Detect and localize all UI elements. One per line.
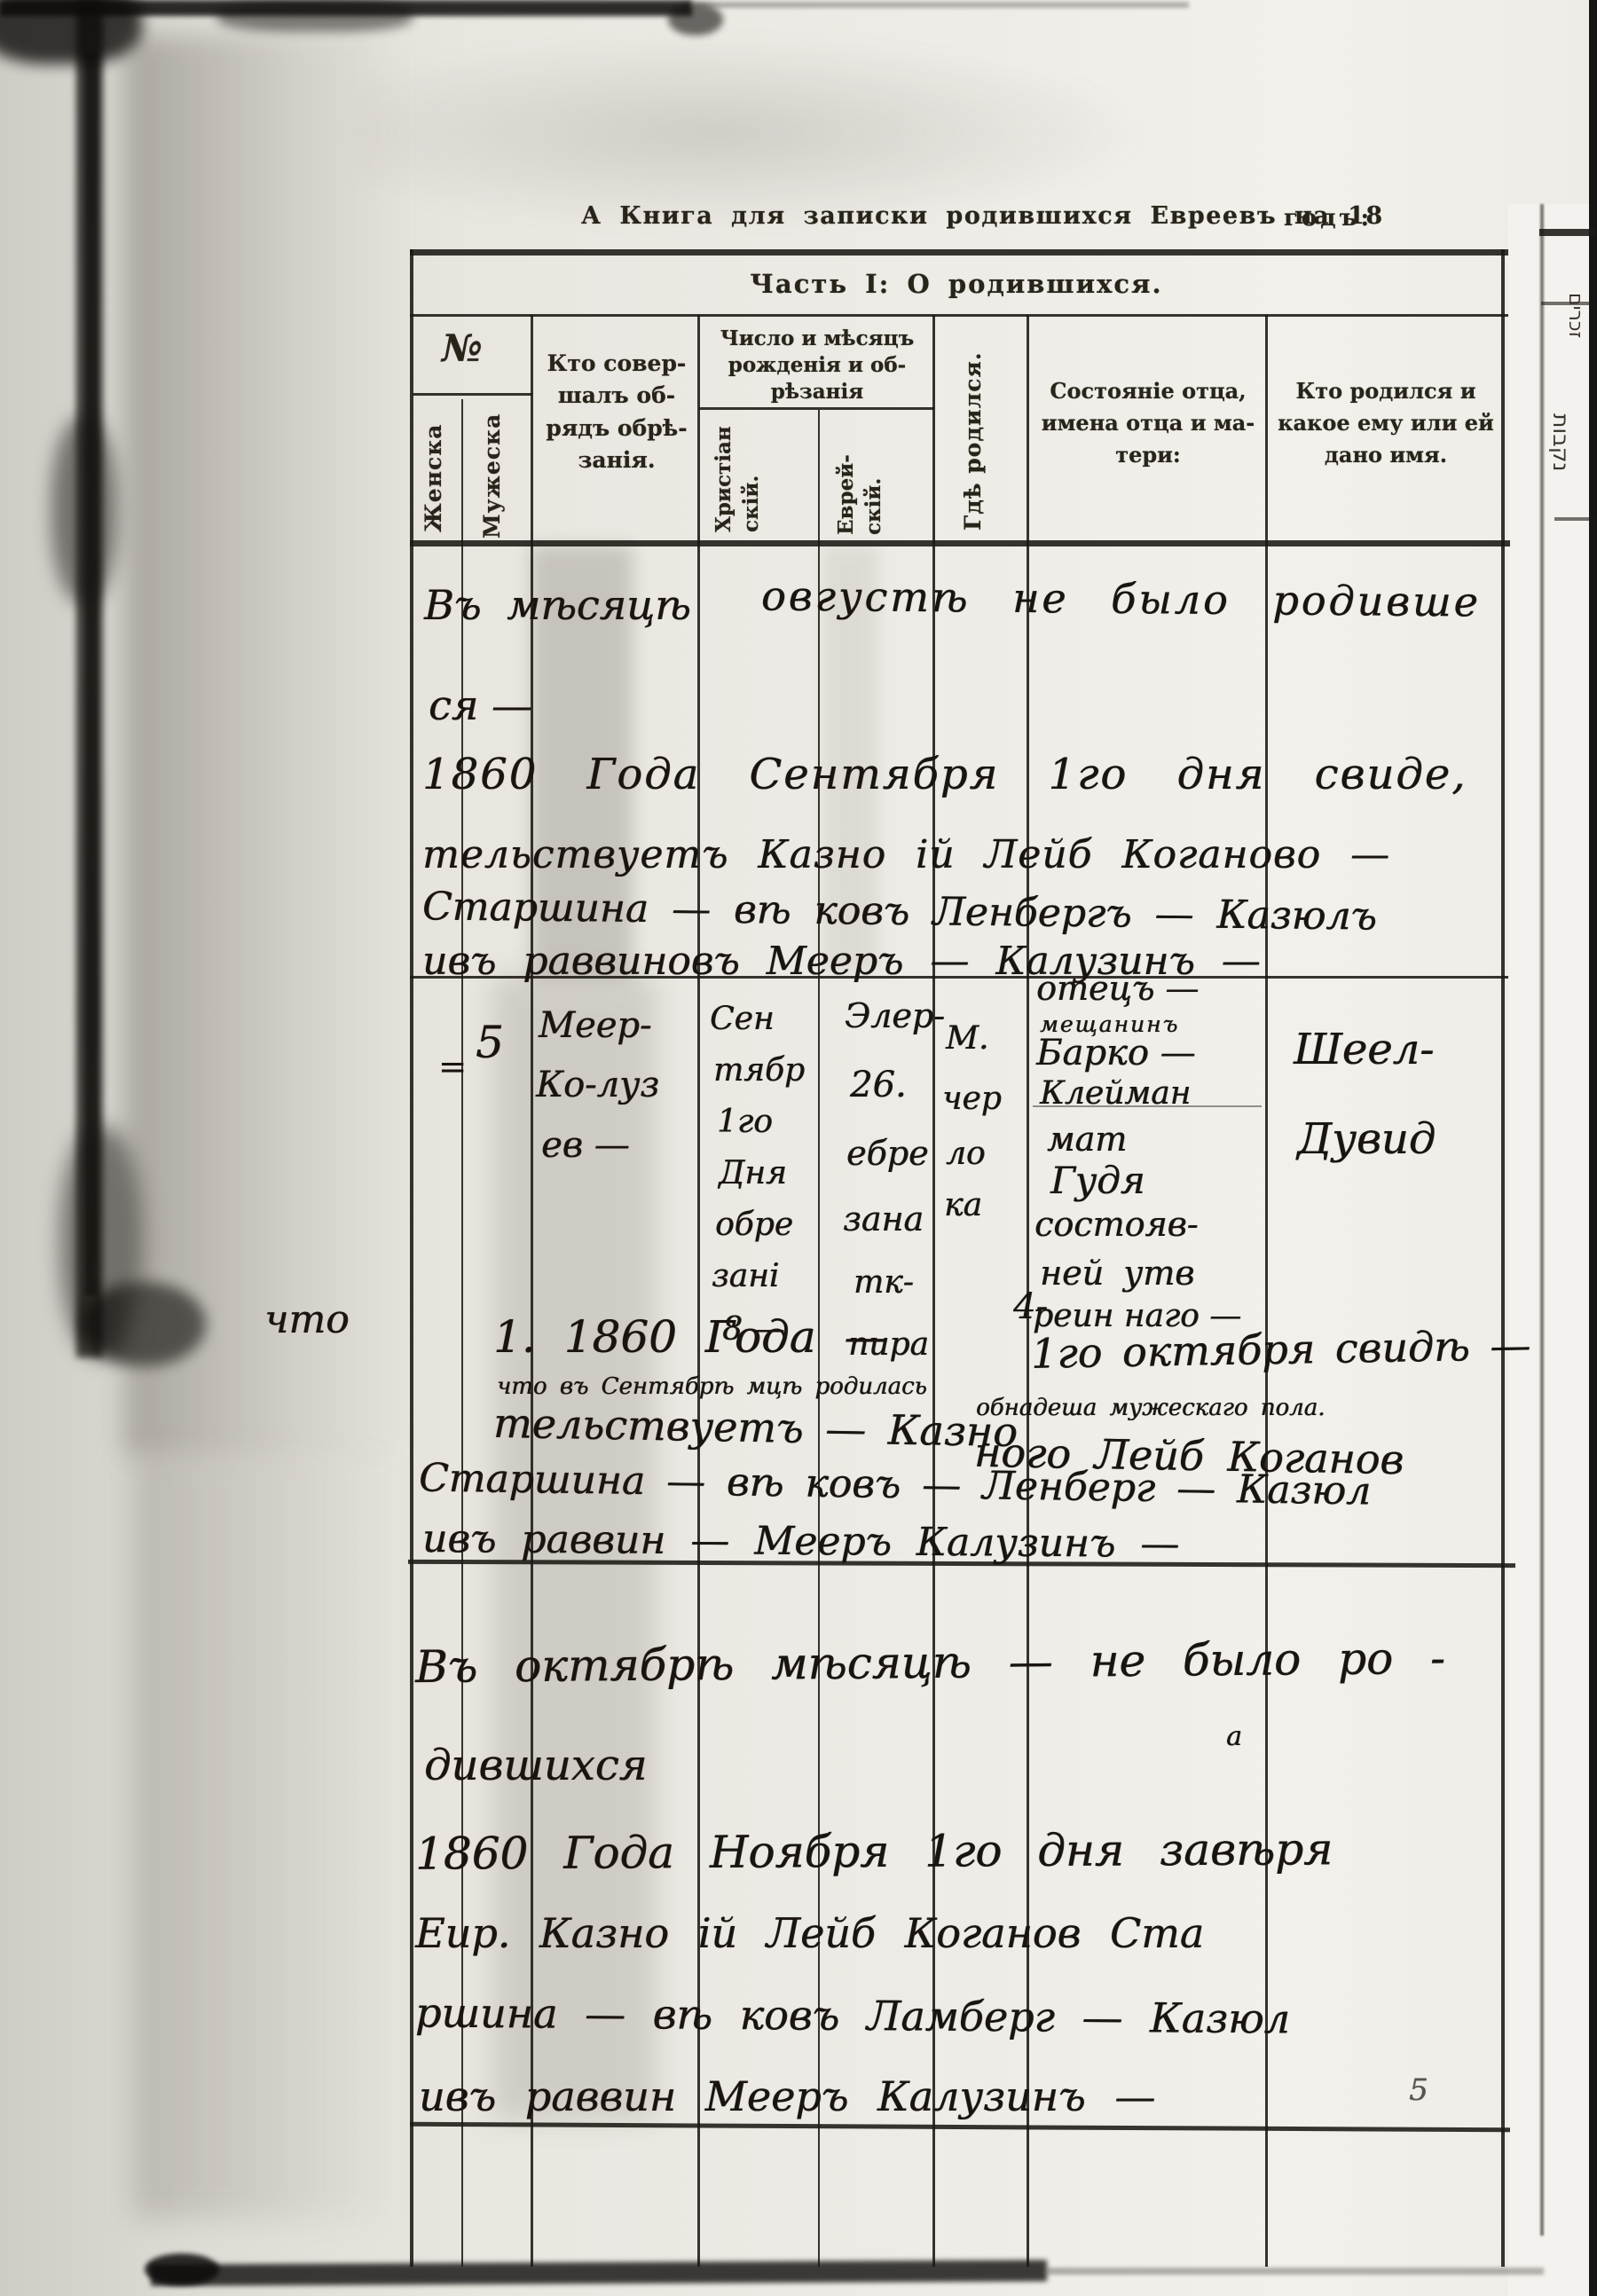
entry-father-6: Гудя xyxy=(1050,1159,1145,1202)
col-line-female-male xyxy=(461,399,463,2267)
scan-artifact-fold-line xyxy=(1540,204,1544,2236)
right-margin-rule1 xyxy=(1539,229,1597,236)
entry-christian-date-2: тябр xyxy=(713,1052,805,1089)
entry-father-8: ней утв xyxy=(1040,1254,1194,1293)
attest2-line1b: 4- xyxy=(1013,1286,1048,1327)
header-date-group: Число и мѣсяцъ рожденія и об- рѣзанія xyxy=(703,326,932,405)
attest2-line1c: 1го октября свидѣ — xyxy=(1031,1321,1531,1378)
entry-christian-date-1: Сен xyxy=(710,1001,775,1037)
header-who-performed: Кто совер- шалъ об- рядъ обрѣ- занія. xyxy=(534,348,699,476)
attest2-line1a: 1. 1860 Года — xyxy=(493,1311,888,1363)
entry-where-born-3: ло xyxy=(946,1136,986,1172)
col-line-who-right xyxy=(697,315,700,2267)
entry-who-line3: ев — xyxy=(541,1125,630,1166)
scan-artifact-top-blob3 xyxy=(668,4,723,35)
row3-entry-number-right: 5 xyxy=(1409,2072,1428,2108)
entry-father-3: Барко — xyxy=(1036,1033,1196,1073)
handwriting-row1-line2: ся — xyxy=(429,681,532,729)
attest2-small-note2: обнадеша мужескаго пола. xyxy=(976,1395,1325,1421)
attest2-small-note1: что въ Сентябрѣ мцѣ родилась xyxy=(497,1373,927,1400)
scan-artifact-left-blob-low xyxy=(60,1127,142,1357)
entry-christian-date-6: зані xyxy=(712,1258,779,1294)
scan-artifact-left-gray-column-low xyxy=(133,1455,399,2218)
header-where-born: Гдѣ родился. xyxy=(960,351,986,531)
entry-name-1: Шеел- xyxy=(1294,1025,1434,1074)
table-part-underline xyxy=(410,314,1508,317)
page-title: А Книга для записки родившихся Евреевъ н… xyxy=(581,202,1384,230)
scan-artifact-left-band xyxy=(76,0,103,1357)
scan-artifact-top-thin xyxy=(692,2,1189,8)
entry-number: 5 xyxy=(476,1017,504,1068)
scan-artifact-bottom-streak-right xyxy=(1047,2268,1544,2275)
date-group-underline xyxy=(699,407,934,410)
handwriting-row1-line1a: Въ мѣсяцѣ xyxy=(424,581,691,629)
entry-father-7: состояв- xyxy=(1035,1205,1198,1244)
header-jewish: Еврей- скій. xyxy=(832,454,887,535)
table-bottom-rule xyxy=(410,2122,1510,2132)
scan-artifact-bottom-streak xyxy=(151,2260,1047,2285)
hebrew-margin-note-1: זכרים xyxy=(1564,293,1586,338)
scan-artifact-left-gray-column xyxy=(124,35,408,1455)
row3-line2: дившихся xyxy=(424,1741,647,1790)
entry-where-born-1: М. xyxy=(946,1020,988,1057)
row3-line6: ивъ раввин Мееръ Калузинъ — xyxy=(419,2072,1155,2120)
scan-artifact-left-band-end xyxy=(82,1282,206,1366)
entry-where-born-2: чер xyxy=(942,1081,1002,1117)
entry-female-mark: = xyxy=(438,1047,467,1086)
scan-artifact-left-band-core xyxy=(85,53,98,1295)
header-christian: Христіан скій. xyxy=(710,426,765,532)
entry-who-line1: Меер- xyxy=(539,1005,651,1046)
header-who-born: Кто родился и какое ему или ей дано имя. xyxy=(1271,375,1501,471)
handwriting-row1-line5: Старшина — вѣ ковъ Ленбергъ — Казюлъ xyxy=(422,884,1377,939)
table-top-border xyxy=(410,249,1508,256)
scan-artifact-top-corner-blob xyxy=(0,0,142,64)
entry-christian-date-3: 1го xyxy=(717,1104,773,1140)
scan-artifact-top-band xyxy=(0,0,692,16)
right-margin-rule3 xyxy=(1554,517,1597,521)
row3-line3: 1860 Года Ноября 1го дня завѣря xyxy=(415,1823,1333,1879)
scan-artifact-bottom-left-blob xyxy=(145,2253,219,2285)
handwriting-row1-line1b: овгустѣ не было родивше xyxy=(761,571,1481,625)
entry-father-5: мат xyxy=(1047,1120,1127,1159)
attest2-line2a: тельствуетъ — Казно xyxy=(493,1399,1019,1456)
row3-line1: Въ октябрѣ мѣсяцѣ — не было ро - xyxy=(415,1632,1445,1693)
table-header-bottom-border xyxy=(410,540,1510,546)
attest2-line4: ивъ раввин — Мееръ Калузинъ — xyxy=(422,1516,1180,1567)
entry-jewish-date-4: зана xyxy=(843,1199,924,1238)
entry-jewish-date-1: Элер- xyxy=(845,996,945,1035)
header-number-sign: № xyxy=(442,326,483,370)
table-left-border xyxy=(410,249,413,2267)
entry-christian-date-5: обре xyxy=(715,1207,793,1243)
entry-where-born-4: ка xyxy=(944,1187,982,1223)
entry-who-line2: Ко-луз xyxy=(536,1065,659,1105)
scan-artifact-header-mottle xyxy=(355,35,1153,231)
entry-name-2: Дувид xyxy=(1297,1114,1436,1164)
header-female: Женска xyxy=(421,424,446,532)
handwriting-row1-line4: тельствуетъ Казно ій Лейб Коганово — xyxy=(422,832,1390,877)
header-father-status: Состояніе отца, имена отца и ма- тери: xyxy=(1032,375,1264,471)
part-header: Часть I: О родившихся. xyxy=(410,269,1503,299)
margin-note-chto: что xyxy=(264,1297,350,1342)
page-title-year-word: годъ: xyxy=(1284,205,1373,232)
row3-stray-mark: а xyxy=(1226,1721,1242,1752)
table-right-border xyxy=(1501,249,1505,2267)
entry-jewish-date-3: ебре xyxy=(846,1134,929,1173)
scanned-register-page: А Книга для записки родившихся Евреевъ н… xyxy=(0,0,1597,2296)
handwriting-row1-line3: 1860 Года Сентября 1го дня свиде, xyxy=(422,750,1467,799)
entry-father-1: отецъ — xyxy=(1036,969,1199,1008)
row3-line4: Еир. Казно ій Лейб Коганов Ста xyxy=(415,1909,1204,1957)
entry-jewish-date-2: 26. xyxy=(850,1065,907,1105)
entry-christian-date-4: Дня xyxy=(719,1155,787,1191)
entry-jewish-date-5: тк- xyxy=(854,1264,914,1301)
header-male: Мужеска xyxy=(479,413,505,539)
scan-artifact-left-blob-mid xyxy=(51,417,117,603)
hebrew-margin-note-2: נקבות xyxy=(1548,413,1574,471)
scan-artifact-top-blob2 xyxy=(217,0,413,32)
number-column-underline xyxy=(413,393,532,396)
row3-line5: ршина — вѣ ковъ Ламберг — Казюл xyxy=(415,1989,1290,2043)
entry-father-4: Клейман xyxy=(1040,1075,1191,1112)
scan-artifact-right-black-strip xyxy=(1589,0,1597,2296)
